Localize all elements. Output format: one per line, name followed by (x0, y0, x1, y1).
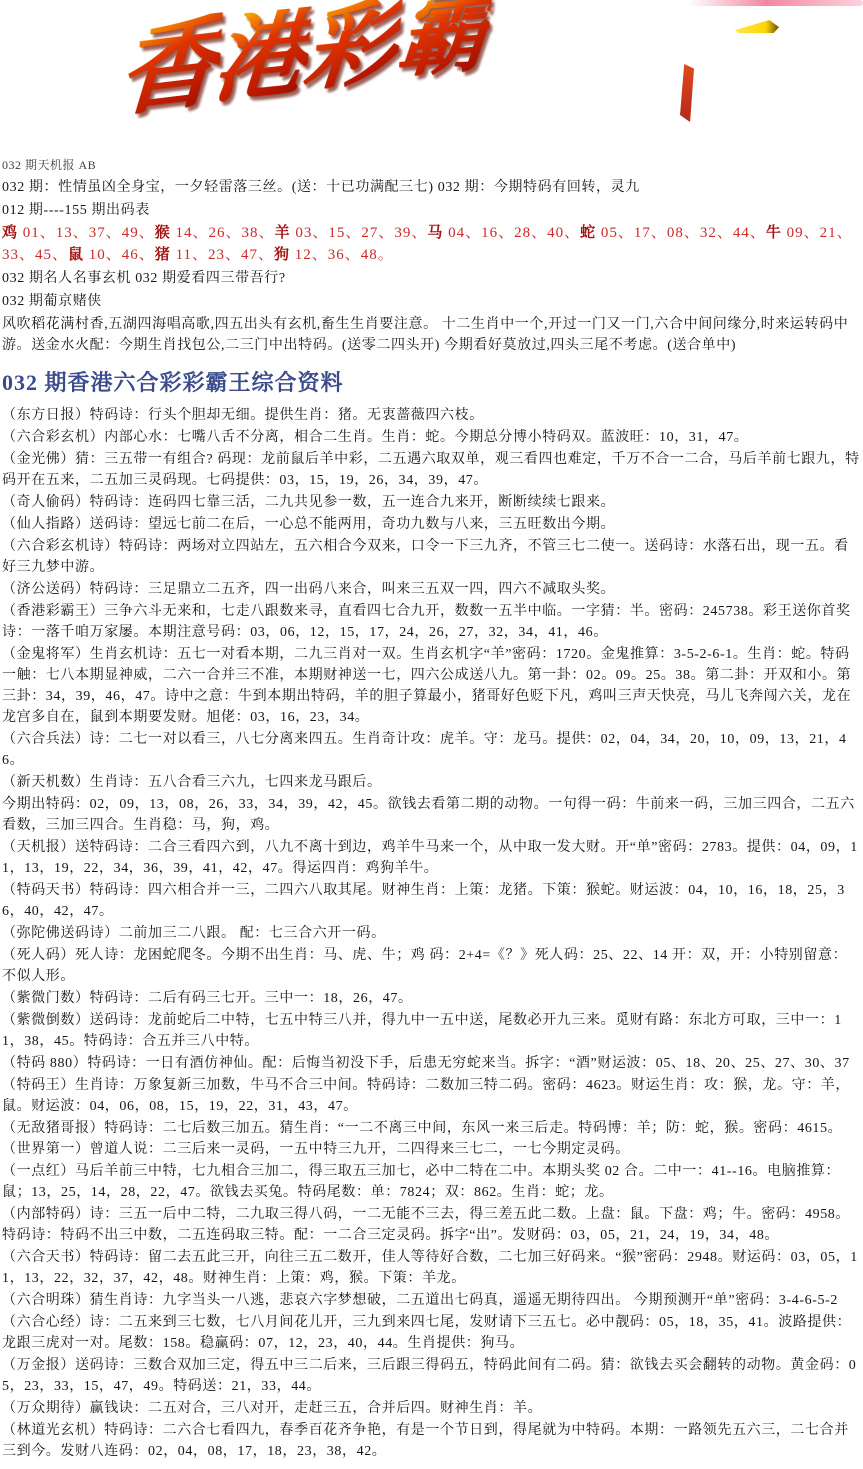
tianji-poem-line: 032 期：性情虽凶全身宝，一夕轻雷落三丝。(送：十已功满配三七) 032 期：… (2, 177, 861, 198)
zodiac-animal-label: 羊 (275, 225, 291, 241)
section-paragraph: （新天机数）生肖诗：五八合看三六九，七四来龙马跟后。 (2, 772, 861, 793)
section-source-label: （香港彩霸王） (2, 604, 104, 619)
lottery-tip-sheet-page: 香港彩霸 032 期天机报 AB 032 期：性情虽凶全身宝，一夕轻雷落三丝。(… (0, 0, 863, 1469)
section-paragraph: （仙人指路）送码诗：望远七前二在后，一心总不能两用，奇功九数与八来，三五旺数出今… (2, 514, 861, 535)
section-source-label: （内部特码） (2, 1207, 90, 1222)
section-paragraph: （六合心经）诗：二五来到三七数，七八月间花儿开，三九到来四七尾，发财请下三五七。… (2, 1312, 861, 1354)
section-source-label: （金鬼将军） (2, 647, 90, 662)
section-source-label: （死人码） (2, 948, 75, 963)
section-source-label: （特码天书） (2, 883, 90, 898)
section-paragraph: （金鬼将军）生肖玄机诗：五七一对看本期，二九三肖对一双。生肖玄机字“羊”密码：1… (2, 644, 861, 728)
section-source-label: （六合兵法） (2, 732, 90, 747)
section-source-label: （仙人指路） (2, 517, 90, 532)
logo-char: 港 (210, 6, 312, 109)
section-paragraph: （紫微倒数）送码诗：龙前蛇后二中特，七五中特三八并，得九中一五中送，尾数必开九三… (2, 1010, 861, 1052)
section-paragraph: （济公送码）特码诗：三足鼎立二五齐，四一出码八来合，叫来三五双一四，四六不减取头… (2, 579, 861, 600)
section-source-label: （济公送码） (2, 582, 90, 597)
logo-char: 香 (116, 12, 223, 123)
section-paragraph: （紫微门数）特码诗：二后有码三七开。三中一：18，26，47。 (2, 988, 861, 1009)
section-paragraph: （奇人偷码）特码诗：连码四七靠三活，二九共见参一数，五一连合九来开，断断续续七跟… (2, 492, 861, 513)
section-paragraph: （六合彩玄机）内部心水：七嘴八舌不分离，相合二生肖。生肖：蛇。今期总分博小特码双… (2, 427, 861, 448)
zodiac-number-table: 鸡 01、13、37、49、猴 14、26、38、羊 03、15、27、39、马… (2, 222, 861, 266)
section-paragraph: （金光佛）猜：三五带一有组合? 码现：龙前鼠后羊中彩，二五遇六取双单，观三看四也… (2, 449, 861, 491)
section-paragraph: （香港彩霸王）三争六斗无来和，七走八跟数来寻，直看四七合九开，数数一五半中临。一… (2, 601, 861, 643)
logo-char: 霸 (393, 0, 492, 85)
section-paragraph: （内部特码）诗：三五一后中二特，二九取三得八码，一二无能不三去，得三差五此二数。… (2, 1204, 861, 1246)
section-source-label: （无敌猪哥报） (2, 1121, 104, 1136)
section-paragraph: （万众期待）赢钱诀：二五对合，三八对开，走赶三五，合并后四。财神生肖：羊。 (2, 1398, 861, 1419)
section-paragraph: （无敌猪哥报）特码诗：二七后数三加五。猜生肖：“一二不离三中间，东风一来三后走。… (2, 1118, 861, 1160)
section-paragraph: （六合明珠）猜生肖诗：九字当头一八逃，悲哀六字梦想破，二五道出七码真，遥遥无期待… (2, 1290, 861, 1311)
section-paragraph: （万金报）送码诗：三数合双加三定，得五中三二后来，三后跟三得码五，特码此间有二码… (2, 1355, 861, 1397)
section-paragraph: （六合天书）特码诗：留二去五此三开，向往三五二数开，佳人等待好合数，二七加三好码… (2, 1247, 861, 1289)
sections-list: （东方日报）特码诗：行头个胆却无细。提供生肖：猪。无衷蔷薇四六枝。（六合彩玄机）… (2, 405, 861, 1462)
section-paragraph: （六合彩玄机诗）特码诗：两场对立四站左，五六相合今双来，口令一下三九齐，不管三七… (2, 536, 861, 578)
section-source-label: （弥陀佛送码诗） (2, 926, 119, 941)
section-source-label: （紫微倒数） (2, 1013, 90, 1028)
pujing-title: 032 期葡京赌侠 (2, 291, 861, 312)
section-paragraph: （六合兵法）诗：二七一对以看三，八七分离来四五。生肖奇计攻：虎羊。守：龙马。提供… (2, 729, 861, 771)
section-paragraph: （弥陀佛送码诗）二前加三二八跟。 配：七三合六开一码。 (2, 923, 861, 944)
section-heading: 032 期香港六合彩彩霸王综合资料 (2, 366, 861, 397)
logo-faded-char-fragment (680, 64, 694, 122)
section-source-label: （特码 880） (2, 1056, 87, 1071)
section-source-label: （六合彩玄机诗） (2, 539, 119, 554)
section-source-label: （六合心经） (2, 1315, 90, 1330)
zodiac-animal-label: 鸡 (2, 225, 18, 241)
section-source-label: （六合天书） (2, 1250, 90, 1265)
zodiac-animal-label: 猴 (155, 225, 171, 241)
section-source-label: （万众期待） (2, 1401, 90, 1416)
section-source-label: （一点红） (2, 1164, 75, 1179)
issue-report-label: 032 期天机报 AB (2, 156, 861, 173)
chart-range-line: 012 期----155 期出码表 (2, 200, 861, 221)
section-source-label: （紫微门数） (2, 991, 90, 1006)
zodiac-animal-label: 鼠 (68, 247, 84, 263)
section-paragraph: （特码 880）特码诗：一日有酒仿神仙。配：后悔当初没下手，后患无穷蛇来当。拆字… (2, 1053, 861, 1074)
section-paragraph: （一点红）马后羊前三中特，七九相合三加二，得三取五三加七，必中二特在二中。本期头… (2, 1161, 861, 1203)
section-source-label: （金光佛） (2, 452, 75, 467)
logo-hongkong-caiba: 香港彩霸 (120, 4, 861, 154)
section-source-label: （六合明珠） (2, 1293, 90, 1308)
zodiac-animal-label: 马 (427, 225, 443, 241)
section-source-label: （奇人偷码） (2, 495, 90, 510)
section-source-label: （东方日报） (2, 408, 90, 423)
section-paragraph: （死人码）死人诗：龙困蛇爬冬。今期不出生肖：马、虎、牛；鸡 码：2+4=《？》死… (2, 945, 861, 987)
section-paragraph: 今期出特码：02，09，13，08，26，33，34，39，42，45。欲钱去看… (2, 794, 861, 836)
section-source-label: （新天机数） (2, 775, 90, 790)
logo-char: 彩 (301, 0, 403, 98)
zodiac-animal-label: 蛇 (580, 225, 596, 241)
zodiac-animal-label: 猪 (155, 247, 171, 263)
section-paragraph: （东方日报）特码诗：行头个胆却无细。提供生肖：猪。无衷蔷薇四六枝。 (2, 405, 861, 426)
zodiac-animal-label: 牛 (766, 225, 782, 241)
section-source-label: （万金报） (2, 1358, 75, 1373)
section-paragraph: （天机报）送特码诗：二合三看四六到，八九不离十到边，鸡羊牛马来一个，从中取一发大… (2, 837, 861, 879)
pujing-content: 风吹稻花满村香,五湖四海唱高歌,四五出头有玄机,畜生生肖要注意。 十二生肖中一个… (2, 314, 861, 356)
section-paragraph: （特码王）生肖诗：万象复新三加数，牛马不合三中间。特码诗：二数加三特二码。密码：… (2, 1075, 861, 1117)
section-source-label: （林道光玄机） (2, 1423, 104, 1438)
section-paragraph: （林道光玄机）特码诗：二六合七看四九，春季百花齐争艳，有是一个节日到，得尾就为中… (2, 1420, 861, 1462)
section-source-label: （特码王） (2, 1078, 75, 1093)
mingren-xuanji-line: 032 期名人名事玄机 032 期爱看四三带吾行? (2, 268, 861, 289)
section-source-label: （六合彩玄机） (2, 430, 104, 445)
section-source-label: （天机报） (2, 840, 75, 855)
section-paragraph: （特码天书）特码诗：四六相合并一三，二四六八取其尾。财神生肖：上策：龙猪。下策：… (2, 880, 861, 922)
zodiac-animal-label: 狗 (274, 247, 290, 263)
logo-faded-char-fragment (735, 20, 779, 33)
